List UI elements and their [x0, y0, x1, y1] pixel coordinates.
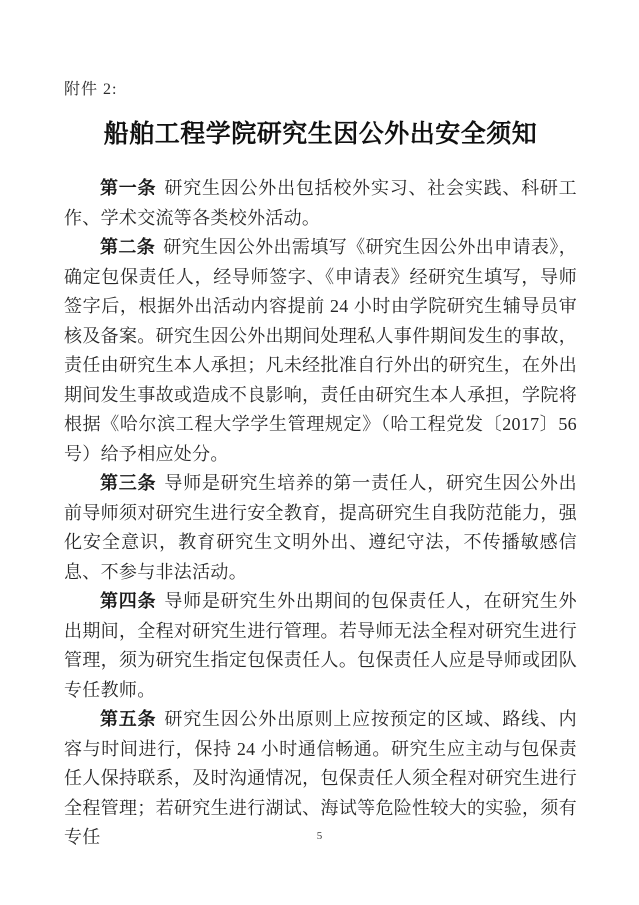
article-number: 第二条: [100, 237, 155, 257]
article-paragraph: 第二条研究生因公外出需填写《研究生因公外出申请表》，确定包保责任人，经导师签字、…: [64, 233, 577, 469]
article-text: 研究生因公外出需填写《研究生因公外出申请表》，确定包保责任人，经导师签字、《申请…: [64, 237, 577, 464]
article-paragraph: 第一条研究生因公外出包括校外实习、社会实践、科研工作、学术交流等各类校外活动。: [64, 174, 577, 233]
article-number: 第一条: [100, 178, 156, 198]
document-body: 第一条研究生因公外出包括校外实习、社会实践、科研工作、学术交流等各类校外活动。第…: [64, 174, 577, 853]
article-text: 研究生因公外出原则上应按预定的区域、路线、内容与时间进行，保持 24 小时通信畅…: [64, 709, 577, 847]
article-paragraph: 第三条导师是研究生培养的第一责任人，研究生因公外出前导师须对研究生进行安全教育，…: [64, 469, 577, 587]
article-number: 第四条: [100, 591, 156, 611]
article-number: 第三条: [100, 473, 156, 493]
article-number: 第五条: [100, 709, 156, 729]
attachment-label: 附件 2:: [64, 80, 577, 100]
page-title: 船舶工程学院研究生因公外出安全须知: [64, 120, 577, 150]
page-number: 5: [0, 830, 639, 842]
document-page: 附件 2: 船舶工程学院研究生因公外出安全须知 第一条研究生因公外出包括校外实习…: [0, 0, 639, 905]
article-paragraph: 第四条导师是研究生外出期间的包保责任人，在研究生外出期间，全程对研究生进行管理。…: [64, 587, 577, 705]
